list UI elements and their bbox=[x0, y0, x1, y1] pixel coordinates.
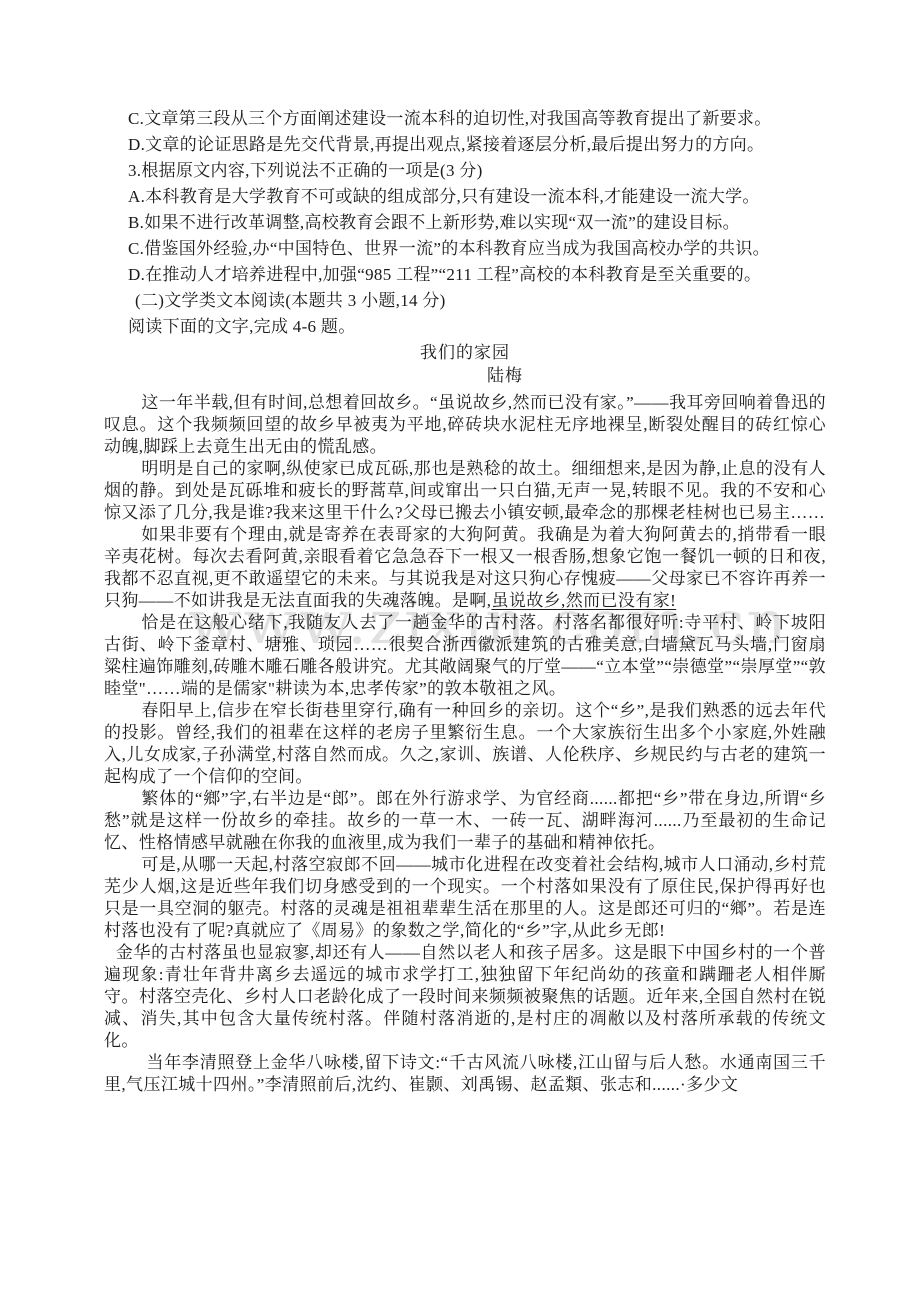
reading-instruction: 阅读下面的文字,完成 4-6 题。 bbox=[128, 316, 816, 338]
section-header: (二)文学类文本阅读(本题共 3 小题,14 分) bbox=[128, 288, 816, 314]
essay-paragraph: 明明是自己的家啊,纵使家已成瓦砾,那也是熟稔的故土。细细想来,是因为静,止息的没… bbox=[104, 458, 826, 524]
paragraph-text: 当年李清照登上金华八咏楼,留下诗文:“千古风流八咏楼,江山留与后人愁。水通南国三… bbox=[104, 1053, 826, 1094]
essay-body: 我们的家园 陆梅 这一年半载,但有时间,总想着回故乡。“虽说故乡,然而已没有家。… bbox=[104, 341, 826, 1096]
paragraph-text: 春阳早上,信步在窄长街巷里穿行,确有一种回乡的亲切。这个“乡”,是我们熟悉的远去… bbox=[104, 701, 826, 786]
paragraph-text: 如果非要有个理由,就是寄养在表哥家的大狗阿黄。我确是为着大狗阿黄去的,捎带看一眼… bbox=[104, 525, 826, 610]
underlined-sentence: 虽说故乡,然而已没有家! bbox=[491, 591, 676, 610]
paragraph-text: 可是,从哪一天起,村落空寂郎不回——城市化进程在改变着社会结构,城市人口涌动,乡… bbox=[104, 855, 826, 940]
question-option-line: A.本科教育是大学教育不可或缺的组成部分,只有建设一流本科,才能建设一流大学。 bbox=[128, 184, 816, 210]
essay-paragraph: 金华的古村落虽也显寂寥,却还有人——自然以老人和孩子居多。这是眼下中国乡村的一个… bbox=[104, 942, 826, 1052]
question-option-line: C.文章第三段从三个方面阐述建设一流本科的迫切性,对我国高等教育提出了新要求。 bbox=[128, 106, 816, 132]
essay-paragraph: 如果非要有个理由,就是寄养在表哥家的大狗阿黄。我确是为着大狗阿黄去的,捎带看一眼… bbox=[104, 524, 826, 612]
question-option-line: D.在推动人才培养进程中,加强“985 工程”“211 工程”高校的本科教育是至… bbox=[128, 262, 816, 288]
essay-paragraph: 春阳早上,信步在窄长街巷里穿行,确有一种回乡的亲切。这个“乡”,是我们熟悉的远去… bbox=[104, 700, 826, 788]
essay-paragraph: 可是,从哪一天起,村落空寂郎不回——城市化进程在改变着社会结构,城市人口涌动,乡… bbox=[104, 854, 826, 942]
question-option-line: B.如果不进行改革调整,高校教育会跟不上新形势,难以实现“双一流”的建设目标。 bbox=[128, 210, 816, 236]
essay-paragraph: 繁体的“鄉”字,右半边是“郎”。郎在外行游求学、为官经商......都把“乡”带… bbox=[104, 788, 826, 854]
question-option-line: D.文章的论证思路是先交代背景,再提出观点,紧接着逐层分析,最后提出努力的方向。 bbox=[128, 132, 816, 158]
essay-paragraph: 这一年半载,但有时间,总想着回故乡。“虽说故乡,然而已没有家。”——我耳旁回响着… bbox=[104, 392, 826, 458]
essay-author: 陆梅 bbox=[144, 365, 866, 387]
paragraph-text: 这一年半载,但有时间,总想着回故乡。“虽说故乡,然而已没有家。”——我耳旁回响着… bbox=[104, 393, 826, 456]
question-option-line: C.借鉴国外经验,办“中国特色、世界一流”的本科教育应当成为我国高校办学的共识。 bbox=[128, 236, 816, 262]
essay-paragraph: 当年李清照登上金华八咏楼,留下诗文:“千古风流八咏楼,江山留与后人愁。水通南国三… bbox=[104, 1052, 826, 1096]
essay-paragraph: 恰是在这般心绪下,我随友人去了一趟金华的古村落。村落名都很好听:寺平村、岭下坡阳… bbox=[104, 612, 826, 700]
paragraph-text: 恰是在这般心绪下,我随友人去了一趟金华的古村落。村落名都很好听:寺平村、岭下坡阳… bbox=[104, 613, 826, 698]
exam-page: C.文章第三段从三个方面阐述建设一流本科的迫切性,对我国高等教育提出了新要求。 … bbox=[0, 0, 920, 1096]
essay-title: 我们的家园 bbox=[104, 341, 826, 365]
paragraph-text: 金华的古村落虽也显寂寥,却还有人——自然以老人和孩子居多。这是眼下中国乡村的一个… bbox=[104, 943, 826, 1050]
paragraph-text: 明明是自己的家啊,纵使家已成瓦砾,那也是熟稔的故土。细细想来,是因为静,止息的没… bbox=[104, 459, 826, 522]
paragraph-text: 繁体的“鄉”字,右半边是“郎”。郎在外行游求学、为官经商......都把“乡”带… bbox=[104, 789, 826, 852]
question-stem-line: 3.根据原文内容,下列说法不正确的一项是(3 分) bbox=[128, 158, 816, 184]
